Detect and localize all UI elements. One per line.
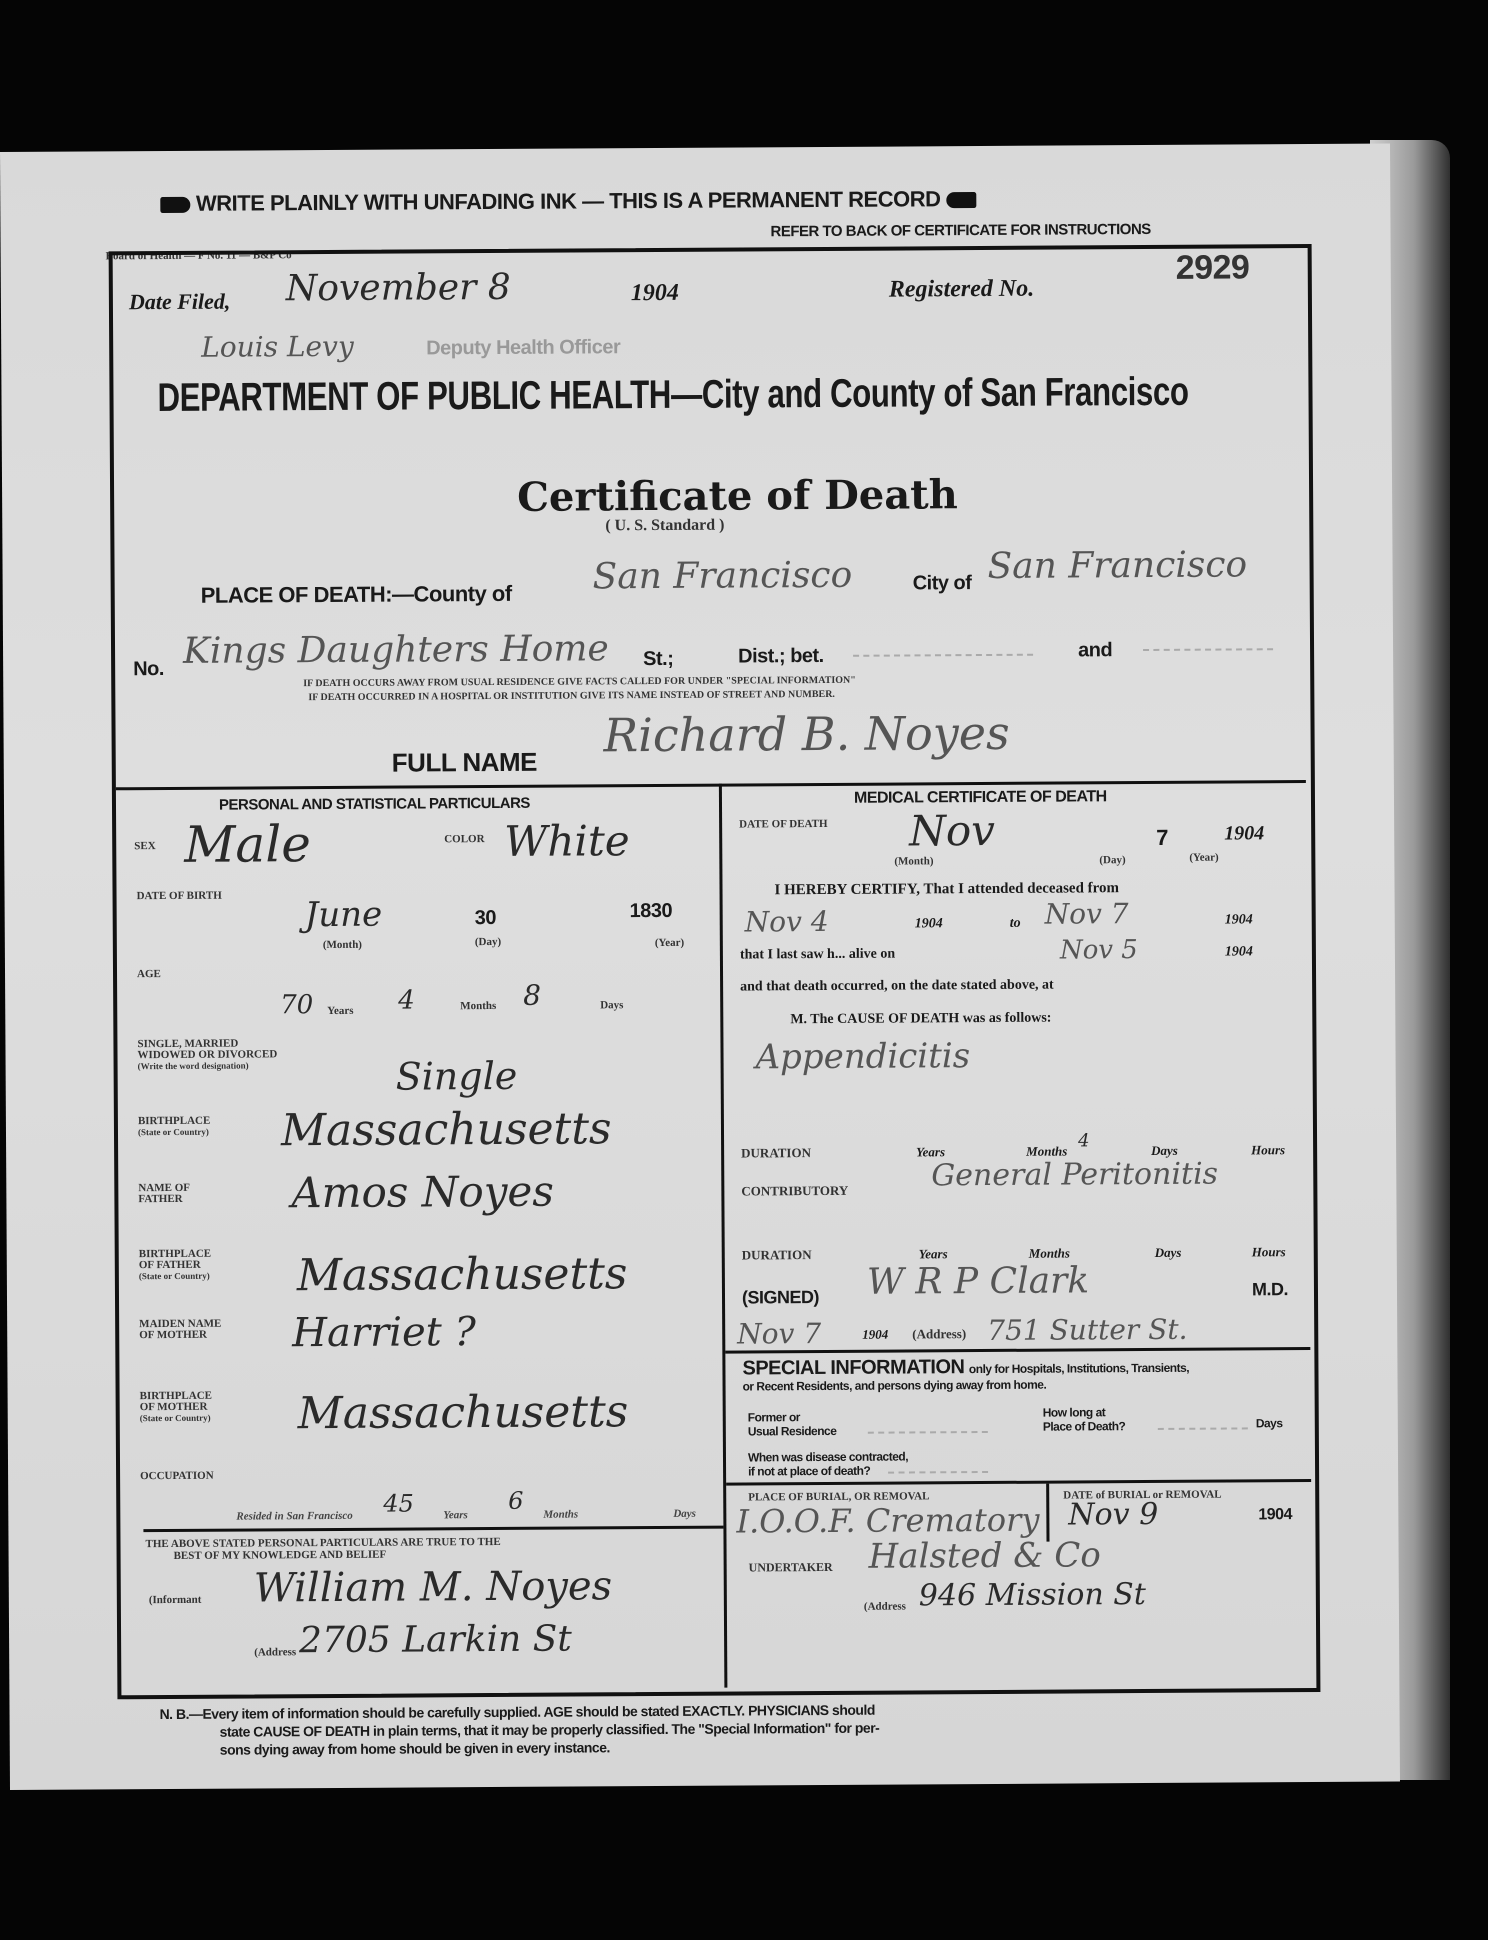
- md-label: M.D.: [1252, 1279, 1288, 1300]
- duration-years-label-2: Years: [919, 1246, 948, 1262]
- department-title: DEPARTMENT OF PUBLIC HEALTH—City and Cou…: [157, 370, 1188, 421]
- age-months: 4: [398, 985, 415, 1015]
- certify-text: I HEREBY CERTIFY, That I attended deceas…: [774, 880, 1119, 899]
- resided-years-label: Years: [443, 1509, 468, 1521]
- burial-date-value: Nov 9: [1068, 1497, 1158, 1533]
- date-filed-year: 1904: [631, 280, 679, 307]
- signed-date: Nov 7: [737, 1317, 821, 1351]
- dod-month: Nov: [909, 806, 995, 856]
- phys-address-label: (Address): [912, 1328, 966, 1339]
- how-long-label-2: Place of Death?: [1043, 1419, 1126, 1434]
- contributory-value: General Peritonitis: [931, 1157, 1218, 1194]
- burial-year: 1904: [1258, 1506, 1292, 1524]
- age-days-label: Days: [600, 1000, 623, 1011]
- duration-label-2: DURATION: [742, 1249, 812, 1260]
- date-filed-label: Date Filed,: [129, 289, 231, 316]
- attest-line-2: BEST OF MY KNOWLEDGE AND BELIEF: [174, 1550, 387, 1562]
- footer-line-1: N. B.—Every item of information should b…: [159, 1702, 874, 1722]
- last-saw-year: 1904: [1225, 944, 1253, 960]
- deputy-signature: Louis Levy: [201, 330, 354, 364]
- registered-label: Registered No.: [889, 276, 1034, 304]
- footer-line-3: sons dying away from home should be give…: [220, 1739, 610, 1757]
- sex-label: SEX: [134, 841, 155, 852]
- special-heading-rest-2: or Recent Residents, and persons dying a…: [743, 1378, 1047, 1394]
- birthplace-value: Massachusetts: [281, 1103, 612, 1156]
- marital-label-3: (Write the word designation): [138, 1060, 249, 1072]
- occurred-text: and that death occurred, on the date sta…: [740, 978, 1054, 996]
- dod-year-caption: (Year): [1189, 853, 1218, 864]
- undertaker-label: UNDERTAKER: [749, 1562, 833, 1574]
- how-long-days: Days: [1256, 1416, 1283, 1430]
- marital-label-2: WIDOWED OR DIVORCED: [137, 1049, 277, 1061]
- mother-label-2: OF MOTHER: [139, 1330, 207, 1341]
- former-label-1: Former or: [748, 1410, 800, 1424]
- duration-months-label-2: Months: [1029, 1245, 1070, 1261]
- death-certificate: WRITE PLAINLY WITH UNFADING INK — THIS I…: [0, 144, 1400, 1790]
- dod-day: 7: [1156, 825, 1168, 851]
- district-label: Dist.; bet.: [738, 645, 824, 669]
- day-caption: (Day): [475, 937, 501, 948]
- to-label: to: [1010, 916, 1021, 932]
- attended-from-year: 1904: [915, 916, 943, 932]
- contracted-label-2: if not at place of death?: [748, 1464, 870, 1479]
- mother-birthplace-value: Massachusetts: [298, 1386, 629, 1439]
- signed-year: 1904: [862, 1327, 888, 1343]
- marital-value: Single: [396, 1054, 518, 1099]
- cause-value: Appendicitis: [755, 1036, 970, 1077]
- refer-instructions: REFER TO BACK OF CERTIFICATE FOR INSTRUC…: [770, 221, 1150, 240]
- birthplace-label-2: (State or Country): [138, 1127, 209, 1138]
- duration-label-1: DURATION: [741, 1147, 811, 1158]
- resided-months-label: Months: [543, 1508, 578, 1520]
- informant-address-label: (Address: [254, 1647, 296, 1658]
- certificate-title: Certificate of Death: [517, 471, 958, 521]
- mother-bp-label-3: (State or Country): [140, 1413, 211, 1424]
- pointing-hand-icon: [946, 192, 976, 208]
- undertaker-value: Halsted & Co: [868, 1535, 1100, 1576]
- place-of-death-label: PLACE OF DEATH:—County of: [201, 581, 512, 609]
- former-label-2: Usual Residence: [748, 1424, 837, 1439]
- dob-day: 30: [475, 907, 496, 930]
- attended-to-year: 1904: [1225, 912, 1253, 928]
- deputy-label: Deputy Health Officer: [426, 336, 620, 360]
- city-label: City of: [913, 572, 972, 595]
- resided-months: 6: [508, 1487, 523, 1515]
- resided-years: 45: [383, 1489, 414, 1517]
- warning-text: WRITE PLAINLY WITH UNFADING INK — THIS I…: [196, 186, 941, 216]
- duration-days-label-2: Days: [1155, 1245, 1182, 1261]
- dod-year: 1904: [1224, 822, 1264, 845]
- contributory-label: CONTRIBUTORY: [741, 1185, 848, 1197]
- burial-column-divider: [1046, 1484, 1049, 1542]
- duration-hours-label-2: Hours: [1252, 1244, 1286, 1260]
- signed-label: (SIGNED): [742, 1287, 819, 1308]
- certificate-subtitle: ( U. S. Standard ): [605, 520, 724, 532]
- medical-heading: MEDICAL CERTIFICATE OF DEATH: [854, 788, 1107, 808]
- undertaker-address-label: (Address: [864, 1601, 906, 1612]
- city-value: San Francisco: [987, 544, 1247, 587]
- sex-value: Male: [184, 815, 311, 874]
- place-value: Kings Daughters Home: [183, 628, 609, 672]
- dob-month: June: [305, 895, 383, 935]
- nb-label: N. B.—: [159, 1706, 202, 1722]
- no-label: No.: [133, 658, 164, 681]
- age-years: 70: [280, 990, 313, 1020]
- footer-line-2: state CAUSE OF DEATH in plain terms, tha…: [220, 1720, 880, 1740]
- dob-label: DATE OF BIRTH: [137, 891, 222, 903]
- father-bp-label-2: OF FATHER: [139, 1260, 201, 1271]
- full-name-label: FULL NAME: [392, 747, 537, 779]
- father-label-2: FATHER: [138, 1194, 182, 1205]
- year-caption: (Year): [655, 938, 684, 949]
- burial-place-value: I.O.O.F. Crematory: [736, 1501, 1039, 1541]
- dob-year: 1830: [630, 900, 673, 923]
- contracted-label-1: When was disease contracted,: [748, 1449, 908, 1464]
- last-saw-text: that I last saw h... alive on: [740, 947, 895, 964]
- attended-to: Nov 7: [1045, 897, 1129, 931]
- county-value: San Francisco: [592, 555, 852, 598]
- mother-bp-label-2: OF MOTHER: [140, 1402, 208, 1413]
- attended-from: Nov 4: [745, 905, 829, 939]
- father-bp-label-3: (State or Country): [139, 1271, 210, 1282]
- and-label: and: [1078, 639, 1112, 662]
- color-label: COLOR: [444, 834, 484, 845]
- age-years-label: Years: [327, 1006, 353, 1017]
- month-caption: (Month): [323, 940, 362, 951]
- dod-month-caption: (Month): [894, 856, 933, 867]
- informant-label: (Informant: [149, 1595, 202, 1606]
- phys-address-value: 751 Sutter St.: [987, 1313, 1187, 1347]
- color-value: White: [504, 816, 630, 866]
- date-filed-value: November 8: [286, 267, 511, 309]
- birthplace-label-1: BIRTHPLACE: [138, 1116, 210, 1127]
- occupation-label: OCCUPATION: [140, 1471, 214, 1482]
- age-label: AGE: [137, 969, 161, 980]
- father-birthplace-value: Massachusetts: [297, 1248, 628, 1301]
- physician-signature: W R P Clark: [867, 1260, 1089, 1302]
- registered-number: 2929: [1176, 248, 1250, 287]
- father-value: Amos Noyes: [291, 1167, 554, 1218]
- duration-days-value-1: 4: [1078, 1130, 1090, 1151]
- street-label: St.;: [643, 648, 673, 671]
- footer-text-1: Every item of information should be care…: [202, 1702, 875, 1722]
- mother-value: Harriet ?: [292, 1309, 476, 1356]
- informant-address-value: 2705 Larkin St: [299, 1619, 572, 1662]
- special-heading-row: SPECIAL INFORMATION only for Hospitals, …: [742, 1355, 1189, 1381]
- undertaker-address-value: 946 Mission St: [919, 1577, 1146, 1613]
- resided-label: Resided in San Francisco: [236, 1510, 353, 1523]
- warning-banner: WRITE PLAINLY WITH UNFADING INK — THIS I…: [160, 186, 976, 217]
- age-months-label: Months: [460, 1001, 496, 1012]
- dod-label: DATE OF DEATH: [739, 819, 827, 831]
- personal-heading: PERSONAL AND STATISTICAL PARTICULARS: [219, 795, 530, 814]
- special-heading-rest: only for Hospitals, Institutions, Transi…: [969, 1361, 1189, 1376]
- duration-hours-label-1: Hours: [1251, 1142, 1285, 1158]
- informant-value: William M. Noyes: [254, 1563, 613, 1611]
- resided-days-label: Days: [673, 1508, 696, 1520]
- special-heading: SPECIAL INFORMATION: [742, 1356, 964, 1379]
- age-days: 8: [523, 979, 541, 1012]
- dod-day-caption: (Day): [1099, 855, 1125, 866]
- last-saw-date: Nov 5: [1060, 935, 1138, 965]
- cause-label: M. The CAUSE OF DEATH was as follows:: [790, 1011, 1051, 1029]
- how-long-label-1: How long at: [1043, 1405, 1106, 1419]
- full-name-value: Richard B. Noyes: [603, 706, 1009, 762]
- pointing-hand-icon: [160, 197, 190, 213]
